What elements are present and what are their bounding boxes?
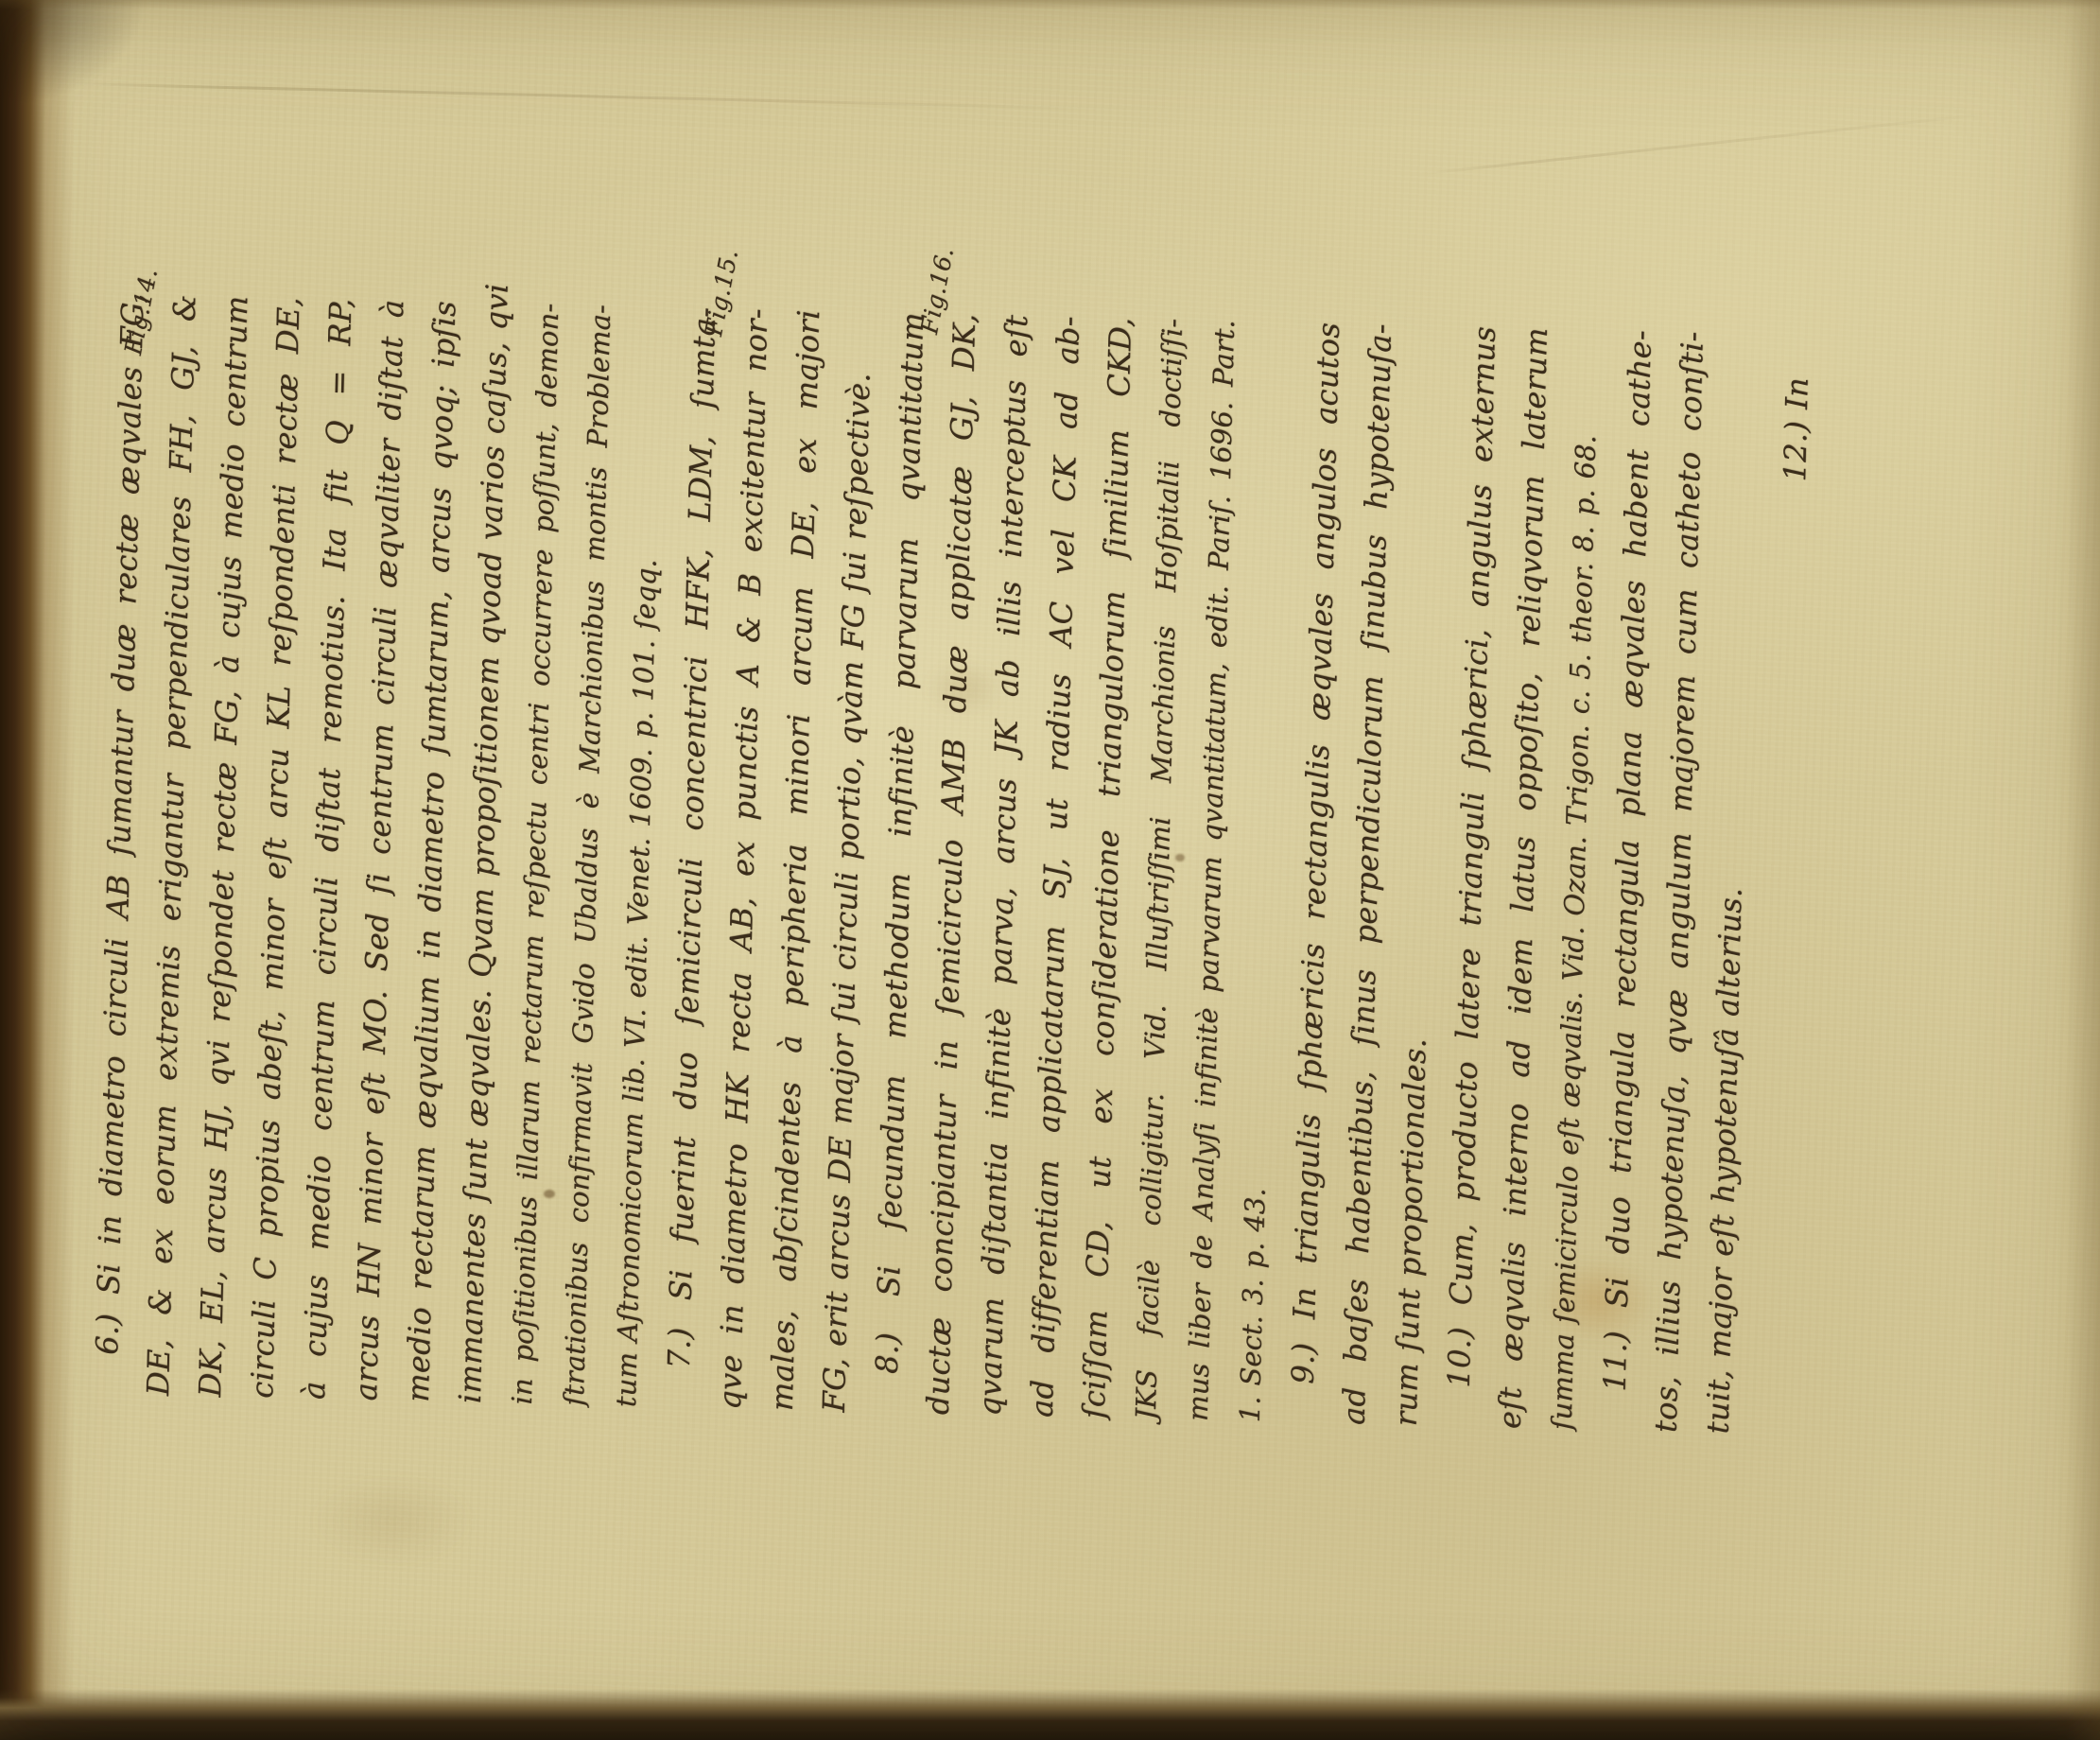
book-gutter-shadow bbox=[0, 0, 74, 1740]
paper-crease bbox=[1420, 112, 2004, 176]
paper-crease bbox=[66, 82, 1087, 110]
paper-stain bbox=[312, 1475, 473, 1565]
page-bottom-edge bbox=[0, 1689, 2100, 1740]
page-right-edge-shading bbox=[2066, 0, 2100, 1740]
scanned-book-page: { "doc": { "figure_labels": ["Fig.14.", … bbox=[0, 0, 2100, 1740]
book-gutter-corner-shadow bbox=[0, 0, 208, 151]
page-top-edge-shading bbox=[0, 0, 2100, 9]
latin-text-block: 6.) Si in diametro circuli AB ſumantur d… bbox=[80, 292, 1903, 1437]
